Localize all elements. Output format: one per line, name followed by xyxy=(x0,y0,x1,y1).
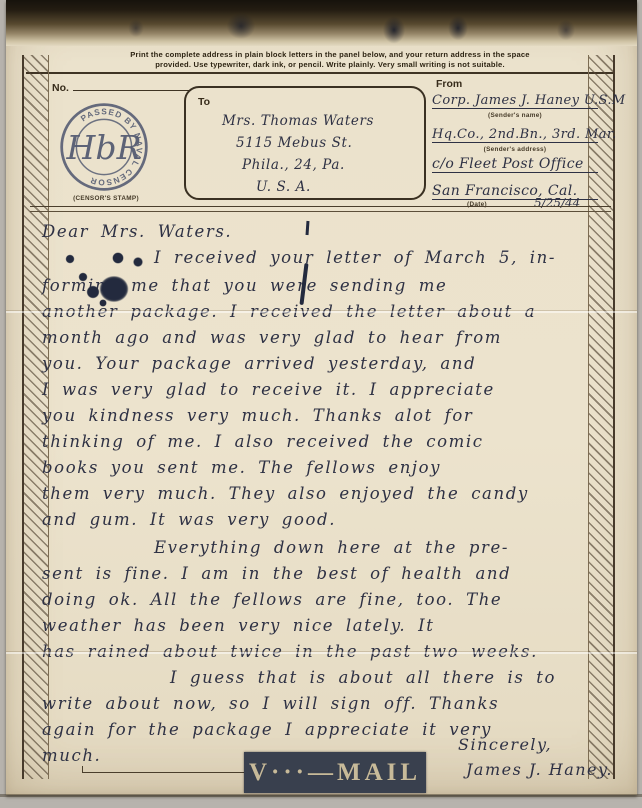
to-address-line: Phila., 24, Pa. xyxy=(242,154,424,176)
form-instructions-line2: provided. Use typewriter, dark ink, or p… xyxy=(70,60,590,70)
photo-bottom-edge xyxy=(0,794,642,797)
letter-signature: James J. Haney. xyxy=(466,760,613,779)
sender-address: Hq.Co., 2nd.Bn., 3rd. Mar. xyxy=(432,127,598,143)
letter-line: month ago and was very glad to hear from xyxy=(42,328,602,347)
letter-line: and gum. It was very good. xyxy=(42,510,602,529)
number-label: No. xyxy=(52,82,69,94)
letter-salutation: Dear Mrs. Waters. xyxy=(42,222,602,241)
number-blank-line xyxy=(73,90,191,91)
to-address-box: To Mrs. Thomas Waters 5115 Mebus St. Phi… xyxy=(184,86,426,200)
vmail-letter-scan: Print the complete address in plain bloc… xyxy=(0,0,642,808)
form-instructions: Print the complete address in plain bloc… xyxy=(70,50,590,70)
header-rule xyxy=(26,72,615,74)
letter-line: sent is fine. I am in the best of health… xyxy=(42,564,602,583)
vmail-logo-text: V···—MAIL xyxy=(249,759,421,787)
sender-address-line2: c/o Fleet Post Office xyxy=(432,156,598,173)
sender-name-caption: (Sender's name) xyxy=(432,112,598,119)
letter-line: I guess that is about all there is to xyxy=(42,668,602,687)
letter-line: you kindness very much. Thanks alot for xyxy=(42,406,602,425)
letter-line: I was very glad to receive it. I appreci… xyxy=(42,380,602,399)
photo-crease xyxy=(6,311,637,313)
ink-blot xyxy=(56,246,166,318)
censor-monogram: HbR xyxy=(66,128,142,167)
number-field: No. xyxy=(52,78,191,96)
body-divider-rule2 xyxy=(30,211,611,212)
photo-top-edge xyxy=(6,0,637,46)
letter-line: weather has been very nice lately. It xyxy=(42,616,602,635)
from-label: From xyxy=(436,78,462,90)
to-address-line: Mrs. Thomas Waters xyxy=(222,110,424,132)
footer-rule xyxy=(82,772,246,773)
to-label: To xyxy=(198,96,210,108)
letter-line: them very much. They also enjoyed the ca… xyxy=(42,484,602,503)
letter-closing: Sincerely, xyxy=(458,735,552,754)
letter-sheet: Print the complete address in plain bloc… xyxy=(6,0,637,795)
to-address: Mrs. Thomas Waters 5115 Mebus St. Phila.… xyxy=(198,110,424,198)
letter-line: Everything down here at the pre- xyxy=(42,538,602,557)
photo-crease xyxy=(6,652,637,654)
letter-line: write about now, so I will sign off. Tha… xyxy=(42,694,602,713)
censor-stamp: PASSED BY NAVAL CENSOR HbR xyxy=(58,101,150,193)
letter-line: books you sent me. The fellows enjoy xyxy=(42,458,602,477)
letter-line: doing ok. All the fellows are fine, too.… xyxy=(42,590,602,609)
censor-stamp-caption: (CENSOR'S STAMP) xyxy=(56,195,156,202)
body-divider-rule xyxy=(30,206,611,207)
sender-name: Corp. James J. Haney U.S.M xyxy=(432,93,598,109)
vmail-logo: V···—MAIL xyxy=(244,752,426,793)
date-value: 5/25/44 xyxy=(534,196,580,210)
letter-line: you. Your package arrived yesterday, and xyxy=(42,354,602,373)
to-address-line: 5115 Mebus St. xyxy=(236,132,424,154)
sender-address-caption: (Sender's address) xyxy=(432,146,598,153)
form-instructions-line1: Print the complete address in plain bloc… xyxy=(70,50,590,60)
to-address-line: U. S. A. xyxy=(256,176,424,198)
letter-line: thinking of me. I also received the comi… xyxy=(42,432,602,451)
